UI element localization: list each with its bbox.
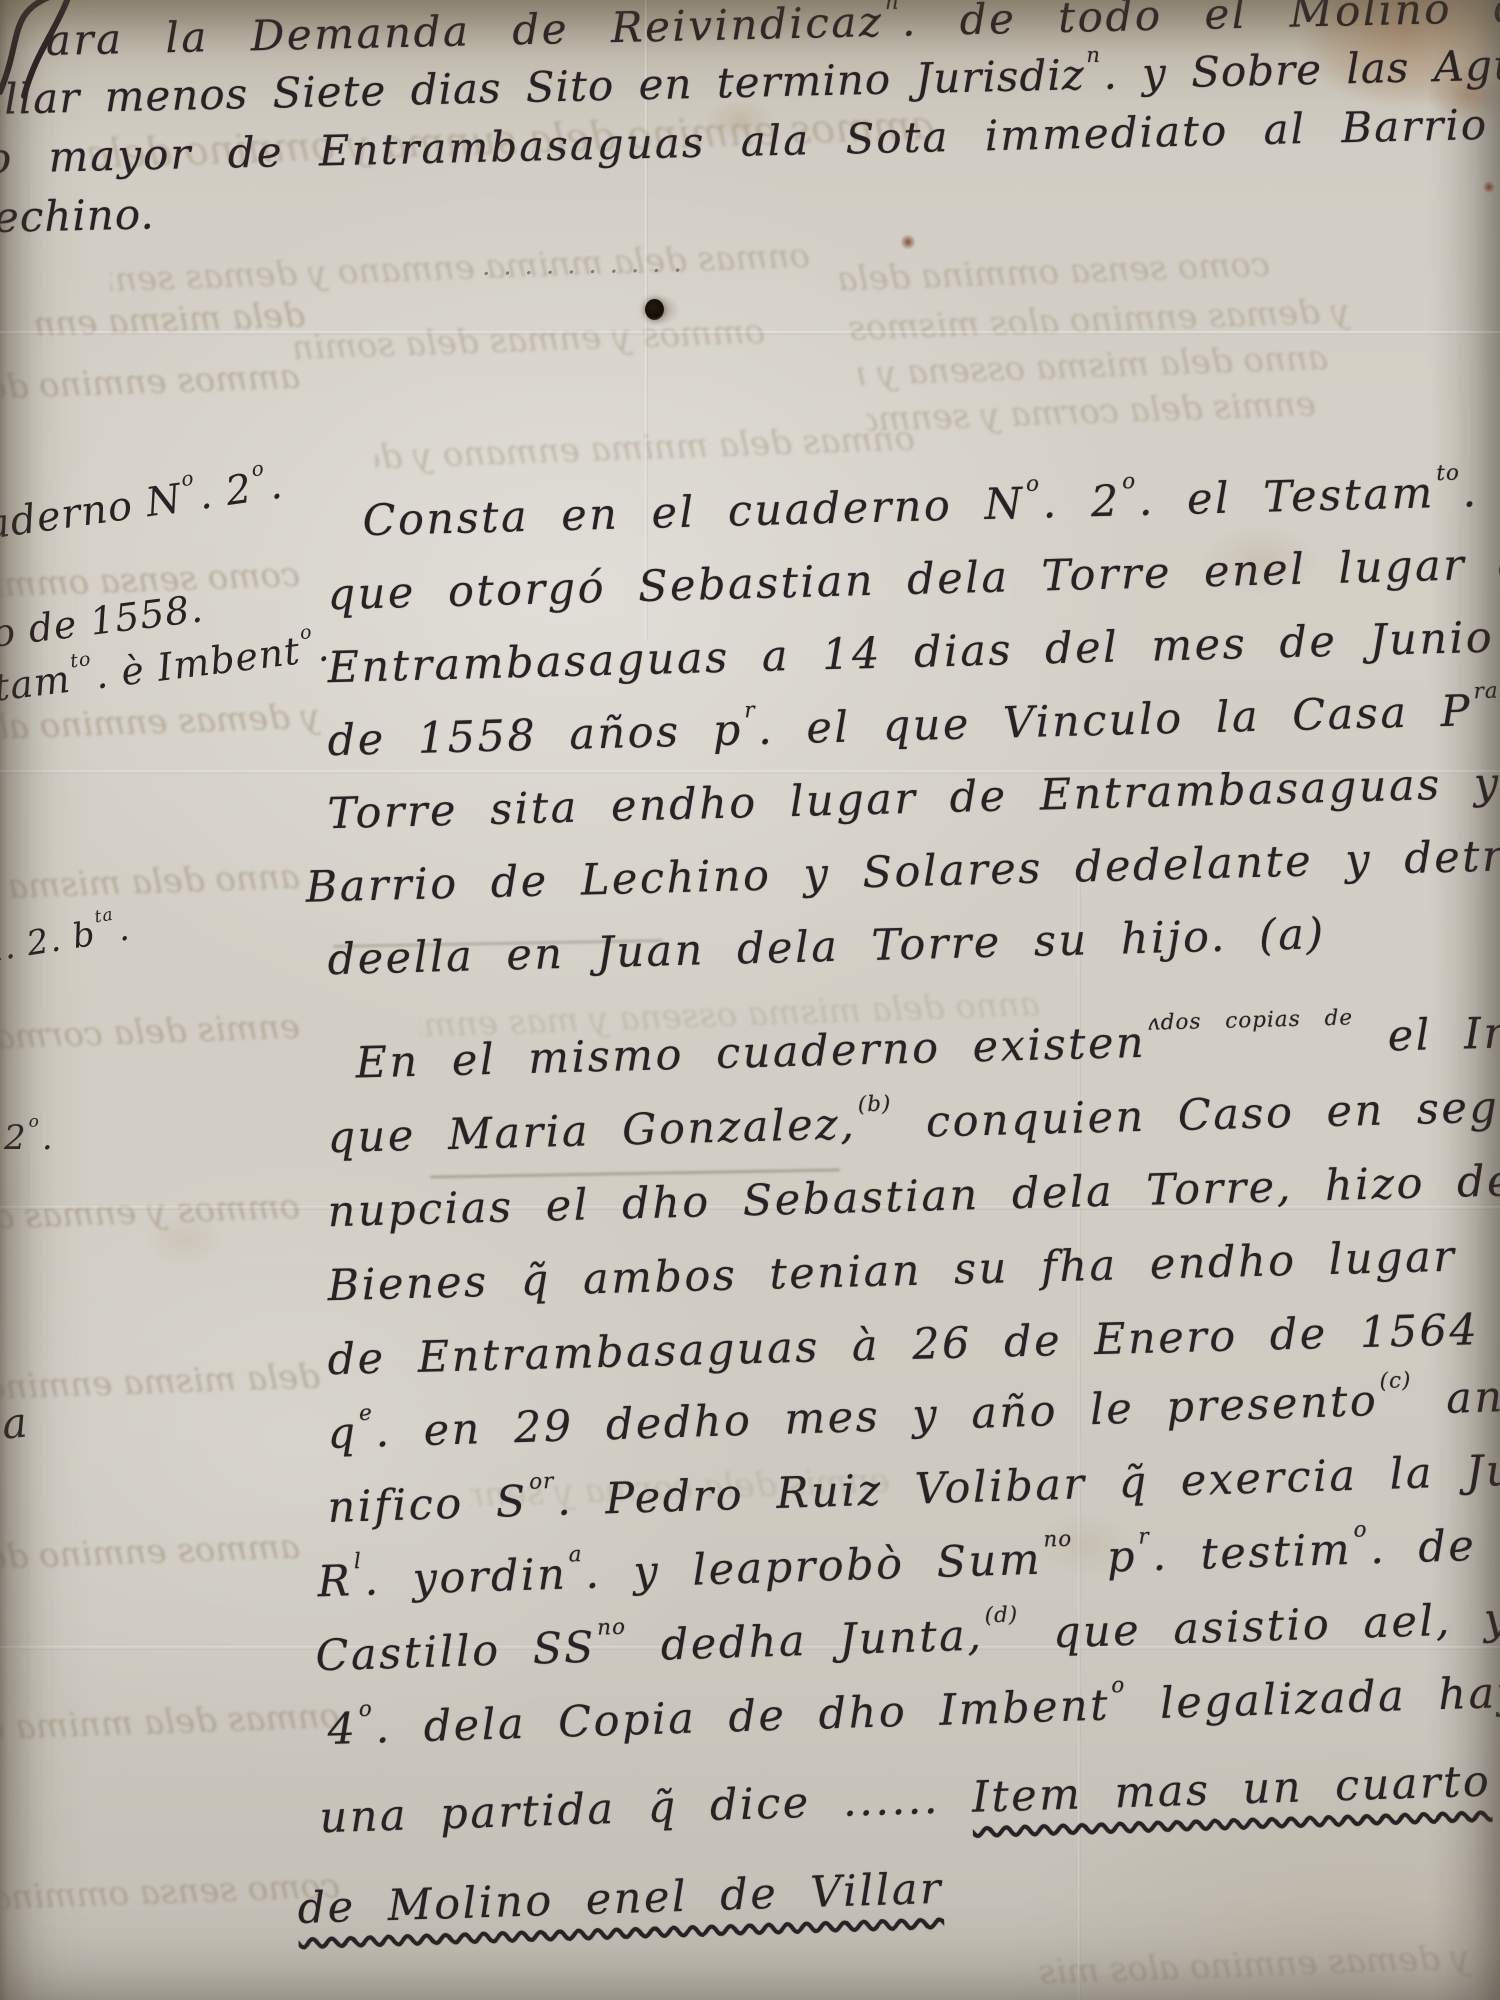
margin-note: aderno No. 2o. bbox=[0, 462, 286, 549]
superscript-abbreviation: o bbox=[1353, 1517, 1368, 1542]
superscript-abbreviation: r bbox=[1138, 1524, 1150, 1549]
superscript-abbreviation: o bbox=[1122, 469, 1137, 494]
body-paragraph-1: Consta en el cuaderno No. 2o. el Testamt… bbox=[298, 498, 1500, 1009]
superscript-abbreviation: l bbox=[353, 1549, 362, 1574]
superscript-abbreviation: ta bbox=[93, 905, 115, 928]
body-paragraph-2: En el mismo cuaderno existenʌdos copias … bbox=[298, 1040, 1500, 1958]
superscript-abbreviation: o bbox=[29, 1112, 40, 1132]
underlined-phrase: de Molino enel de Villar bbox=[297, 1864, 944, 1934]
superscript-abbreviation: o bbox=[180, 465, 196, 491]
superscript-abbreviation: (b) bbox=[858, 1091, 892, 1117]
superscript-abbreviation: ʌdos copias de bbox=[1147, 1005, 1353, 1035]
superscript-abbreviation: o bbox=[250, 455, 266, 481]
margin-note: l. 2. bta. bbox=[0, 908, 133, 969]
superscript-abbreviation: ral bbox=[1473, 678, 1500, 704]
superscript-abbreviation: (c) bbox=[1379, 1368, 1412, 1394]
superscript-abbreviation: no bbox=[1043, 1527, 1073, 1553]
margin-note: a bbox=[0, 1397, 30, 1448]
manuscript-page: ammos enmino dela sunma y omnino delaonm… bbox=[0, 0, 1500, 2000]
superscript-abbreviation: o bbox=[1111, 1673, 1126, 1698]
superscript-abbreviation: to bbox=[69, 648, 93, 672]
superscript-abbreviation: to bbox=[1436, 460, 1460, 486]
superscript-abbreviation: (d) bbox=[984, 1602, 1018, 1628]
underlined-phrase: Item mas un cuarto bbox=[971, 1757, 1492, 1823]
margin-note: 2o. bbox=[4, 1118, 54, 1158]
superscript-abbreviation: no bbox=[597, 1615, 627, 1641]
superscript-abbreviation: or bbox=[529, 1469, 555, 1495]
superscript-abbreviation: r bbox=[744, 698, 756, 723]
superscript-abbreviation: o bbox=[358, 1696, 373, 1721]
superscript-abbreviation: e bbox=[359, 1401, 374, 1426]
superscript-abbreviation: a bbox=[568, 1542, 583, 1567]
superscript-abbreviation: o bbox=[1026, 471, 1041, 496]
